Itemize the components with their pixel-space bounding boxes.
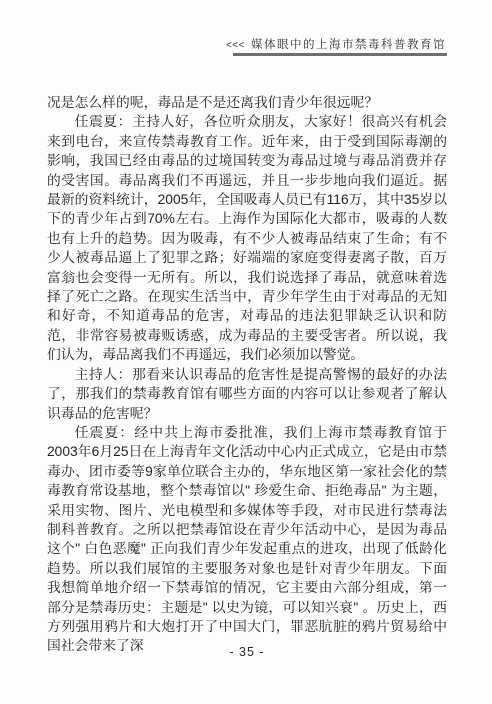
- paragraph-question-continuation: 况是怎么样的呢，毒品是不是还离我们青少年很远呢？: [47, 93, 447, 112]
- paragraph-host-question: 主持人：那看来认识毒品的危害性是提高警惕的最好的办法了，那我们的禁毒教育馆有哪些…: [47, 365, 447, 423]
- header-rule: [233, 53, 447, 56]
- paragraph-answer-1: 任震夏：主持人好，各位听众朋友，大家好！很高兴有机会来到电台，来宣传禁毒教育工作…: [47, 112, 447, 364]
- running-header: <<<媒体眼中的上海市禁毒科普教育馆: [226, 36, 446, 52]
- page-number: - 35 -: [47, 645, 447, 659]
- document-page: <<<媒体眼中的上海市禁毒科普教育馆 况是怎么样的呢，毒品是不是还离我们青少年很…: [0, 0, 492, 704]
- paragraph-answer-2: 任震夏：经中共上海市委批准，我们上海市禁毒教育馆于2003年6月25日在上海青年…: [47, 423, 447, 656]
- header-chevrons-icon: <<<: [226, 40, 245, 51]
- body-text: 况是怎么样的呢，毒品是不是还离我们青少年很远呢？ 任震夏：主持人好，各位听众朋友…: [47, 93, 447, 656]
- header-title: 媒体眼中的上海市禁毒科普教育馆: [251, 39, 446, 51]
